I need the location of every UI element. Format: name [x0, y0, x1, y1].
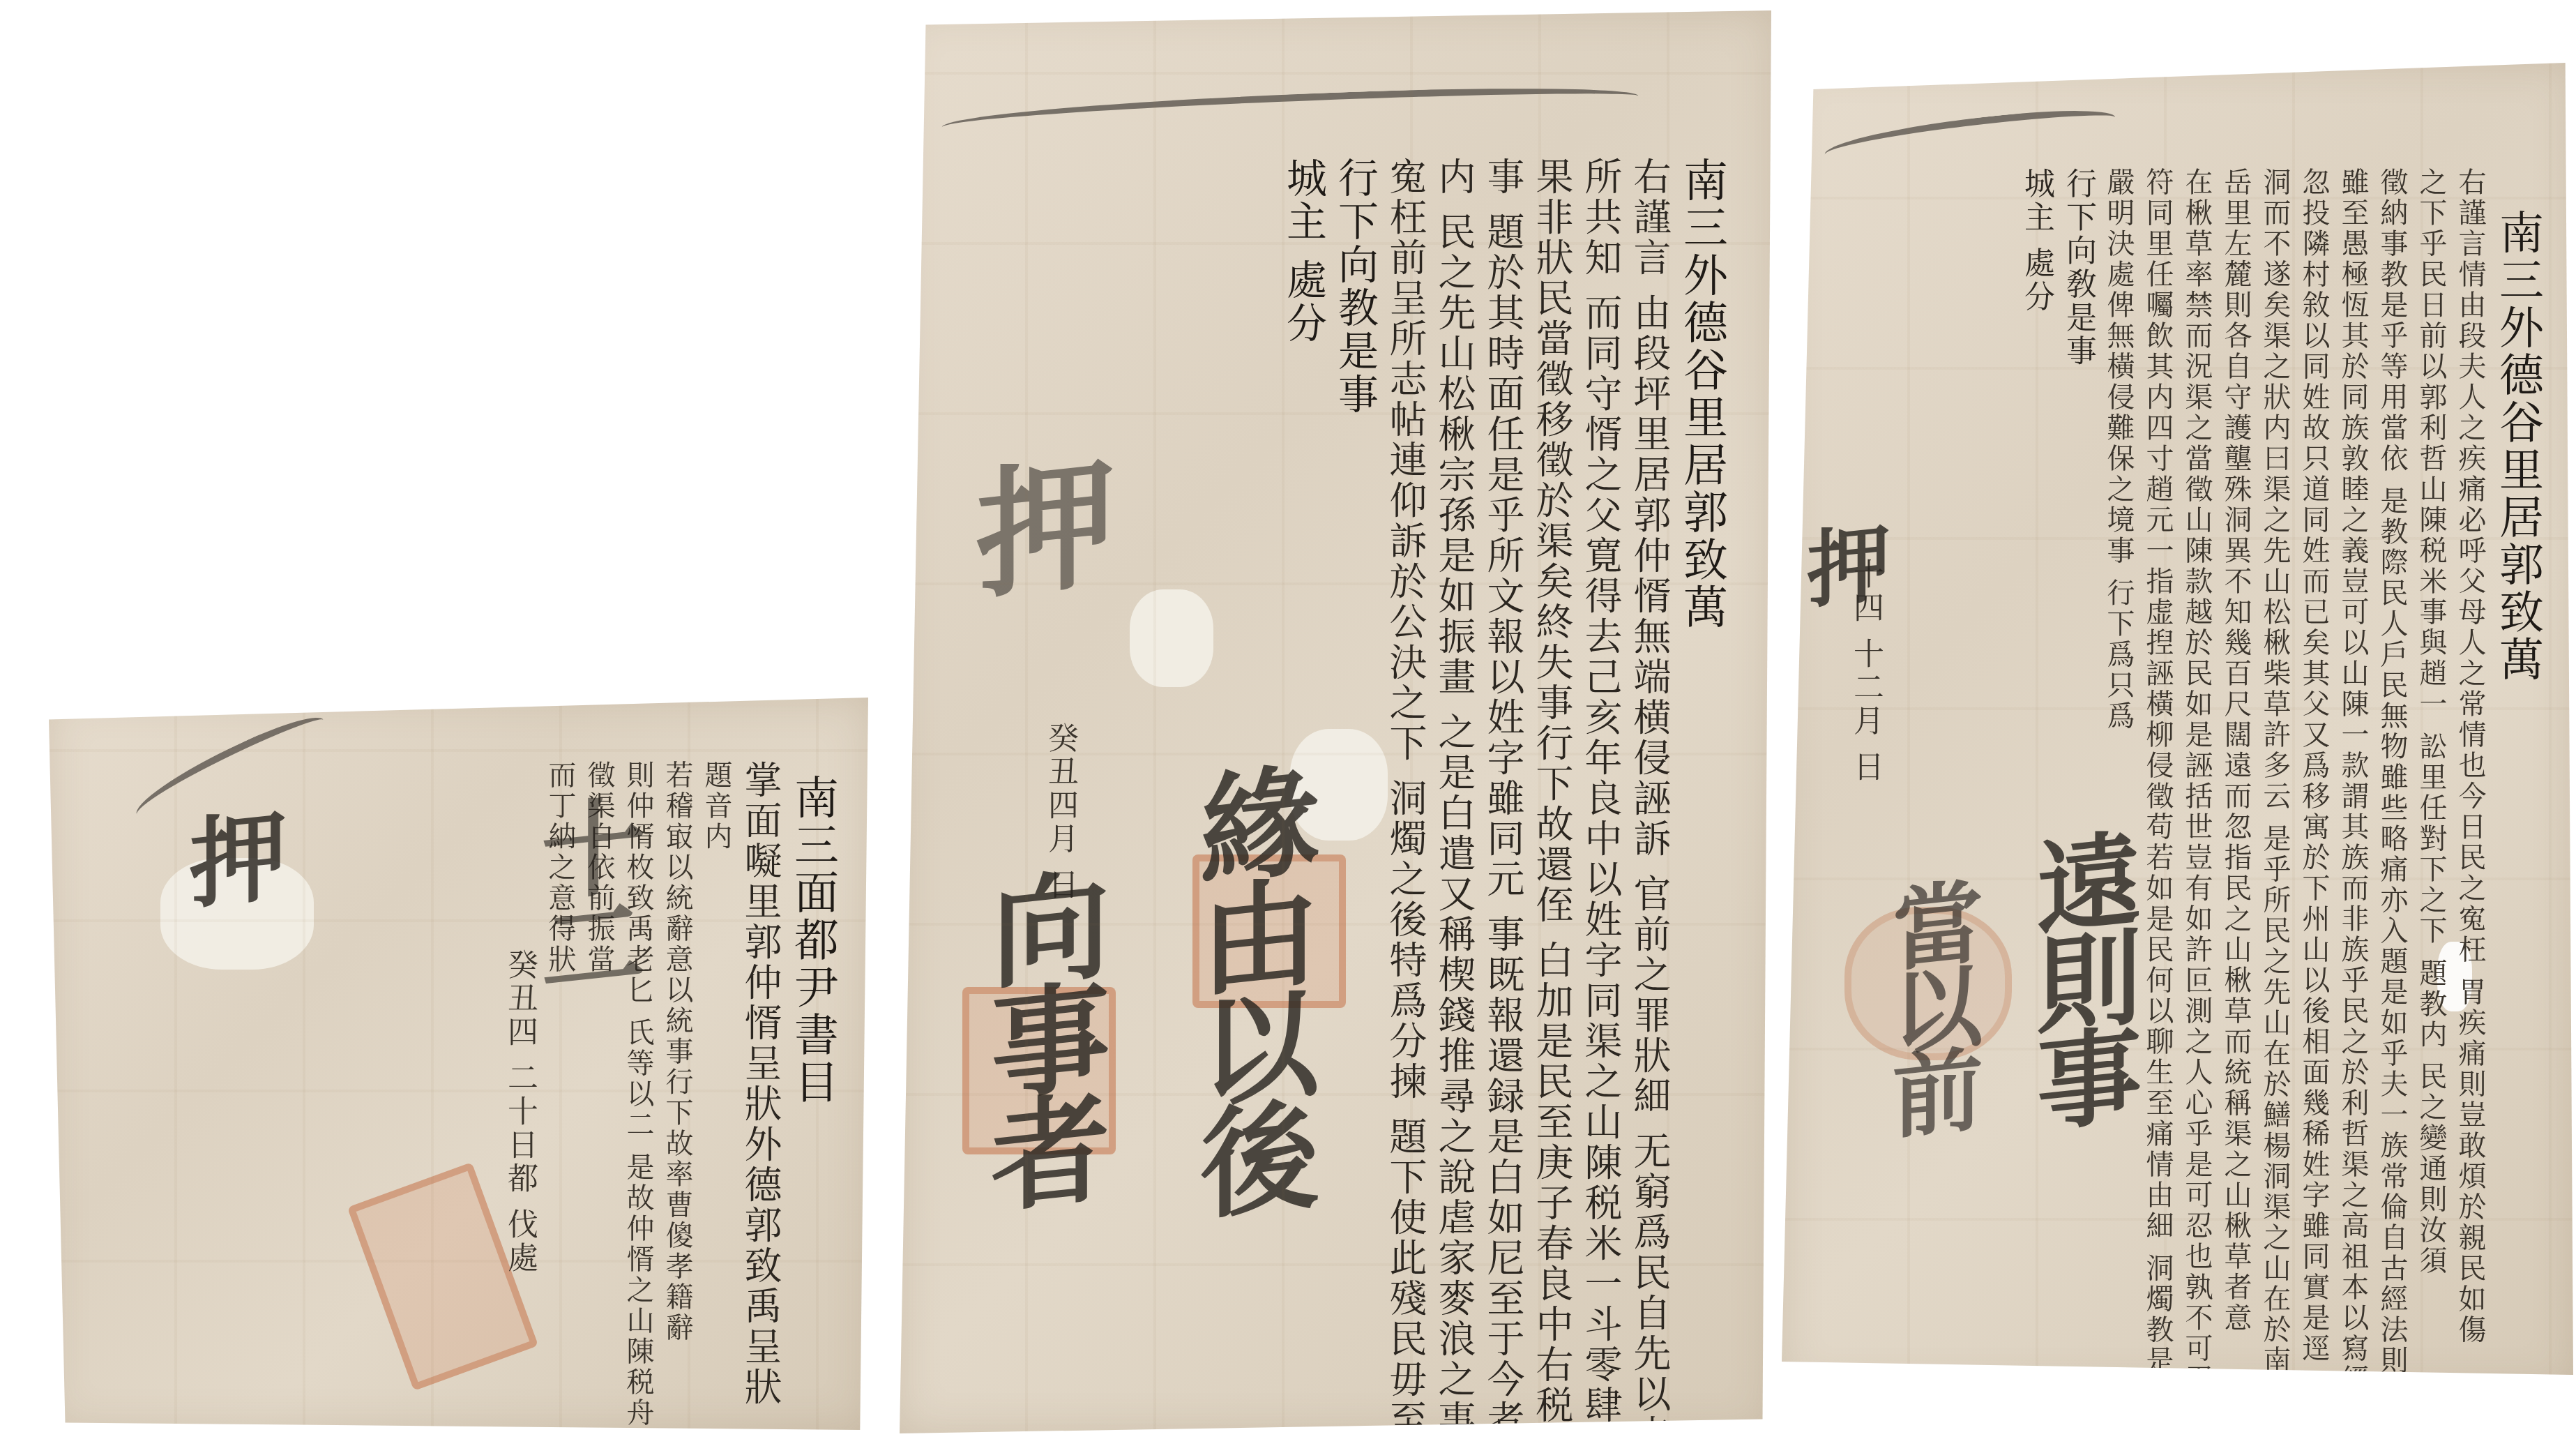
- text-column: 符同里任囑飲其内四寸趙元一指虚揑誣橫柳侵徵苟若如是民何以聊生至痛情由細 洞燭教是…: [2138, 167, 2177, 1346]
- date-line: 癸丑四 二十日都 伐處: [499, 949, 540, 1402]
- text-columns: 南三外德谷里居郭致萬 右謹言 由段坪里居郭仲㥠無端横侵誣訴 官前之罪狀細 无窮爲…: [900, 10, 1771, 1433]
- text-column: 岳里左麓則各自守護壟殊洞異不知幾百尺闊遠而忽指民之山楸草而統稱渠之山楸草者意: [2216, 167, 2255, 1346]
- document-heading: 南三外德谷里居郭致萬: [2490, 209, 2545, 1346]
- text-column: 在楸草率禁而況渠之當徵山陳款越於民如是誣括世豈有如許叵測之人心乎是可忍也孰不可忍…: [2177, 167, 2216, 1346]
- text-column: 右謹言 由段坪里居郭仲㥠無端横侵誣訴 官前之罪狀細 无窮爲民自先以来門運不吉六代…: [1625, 157, 1674, 1392]
- text-column: 行下向教是事: [1329, 157, 1381, 1392]
- text-column: 題音内: [697, 760, 736, 1402]
- text-column: 洞而不遂矣渠之狀内曰渠之先山松楸柴草許多云 是乎所民之先山在於鱔楊洞渠之山在於南: [2255, 167, 2294, 1346]
- magistrate-signature: 遠則事: [2005, 822, 2155, 1131]
- document-left: 押 南三面都尹書目 掌面㘈里郭仲㥠呈狀外德郭致禹呈狀 題音内 若稽㝡以統辭意以統…: [49, 698, 868, 1430]
- document-middle: 南三外德谷里居郭致萬 右謹言 由段坪里居郭仲㥠無端横侵誣訴 官前之罪狀細 无窮爲…: [900, 10, 1771, 1433]
- text-column: 雖至愚極恆其於同族敦睦之義豈可以山陳一款謂其族而非族乎民之於利哲渠之高祖本以寫經: [2333, 167, 2372, 1346]
- text-column: 果非狀民當徵移徵於渠矣終失事行下故還侄 白加是民至庚子春良中右税米更越故又爲呈訴…: [1527, 157, 1576, 1392]
- text-column: 右謹言情由段夫人之疾痛必呼父母人之常情也今日民之寃枉 胃疾痛則豈敢煩於親民如傷: [2450, 167, 2490, 1346]
- text-column: 事 題於其時面任是乎所文報以姓字雖同元 事既報還録是白如尼至于今者同仲㥠枚以卯寸…: [1478, 157, 1527, 1392]
- text-columns: 南三面都尹書目 掌面㘈里郭仲㥠呈狀外德郭致禹呈狀 題音内 若稽㝡以統辭意以統事行…: [49, 698, 868, 1430]
- text-column: 寃枉前呈所志帖連仰訴於公決之下 洞燭之後特爲分揀 題下使此殘民毋至横徵之弊千萬卯…: [1381, 157, 1430, 1392]
- text-column: 若稽㝡以統辭意以統事行下故率曹傻孝籍辭: [658, 760, 697, 1402]
- magistrate-signature: 向事者: [955, 859, 1126, 1212]
- text-column: 内 民之先山松楸宗孫是如振畫 之是白遣又稱楔錢推尋之說虐家麥浪之事是乎則豈有如許…: [1430, 157, 1478, 1392]
- text-column: 行下向敎是事: [2057, 167, 2099, 1346]
- magistrate-signature: 十二: [509, 788, 660, 999]
- signature-mark: 押: [934, 446, 1135, 600]
- document-right: 南三外德谷里居郭致萬 右謹言情由段夫人之疾痛必呼父母人之常情也今日民之寃枉 胃疾…: [1782, 63, 2573, 1388]
- text-column: 之下乎民日前以郭利哲山陳税米事與趙一 訟里任對下之下 題教内 民之變通則汝須: [2411, 167, 2450, 1346]
- text-column: 掌面㘈里郭仲㥠呈狀外德郭致禹呈狀: [736, 760, 785, 1402]
- text-columns: 南三外德谷里居郭致萬 右謹言情由段夫人之疾痛必呼父母人之常情也今日民之寃枉 胃疾…: [1782, 63, 2573, 1388]
- document-heading: 南三外德谷里居郭致萬: [1674, 157, 1729, 1392]
- magistrate-signature: 當以前: [1865, 872, 1996, 1137]
- addressee: 城主 處分: [2015, 167, 2057, 1346]
- document-heading: 南三面都尹書目: [785, 774, 840, 1402]
- signature-mark: 押: [1782, 517, 1902, 606]
- text-column: 忽投隣村敘以同姓故只道同姓而已矣其父又爲移寓於下州山以後相面幾稀姓字雖同實是逕: [2294, 167, 2333, 1346]
- text-column: 所共知 而同守㥠之父寛得去己亥年良中以姓字同渠之山陳税米一斗零肆 之名下故具由呈…: [1576, 157, 1625, 1392]
- text-column: 嚴明決處俾無橫侵難保之境事 行下爲只爲: [2099, 167, 2138, 1346]
- magistrate-signature: 緣由以後: [1165, 755, 1335, 1219]
- text-column: 徵納事教是乎等用當依 是教際民人戶民無物雖些略痛亦入題是如乎夫一族常倫自古經法則…: [2372, 167, 2411, 1346]
